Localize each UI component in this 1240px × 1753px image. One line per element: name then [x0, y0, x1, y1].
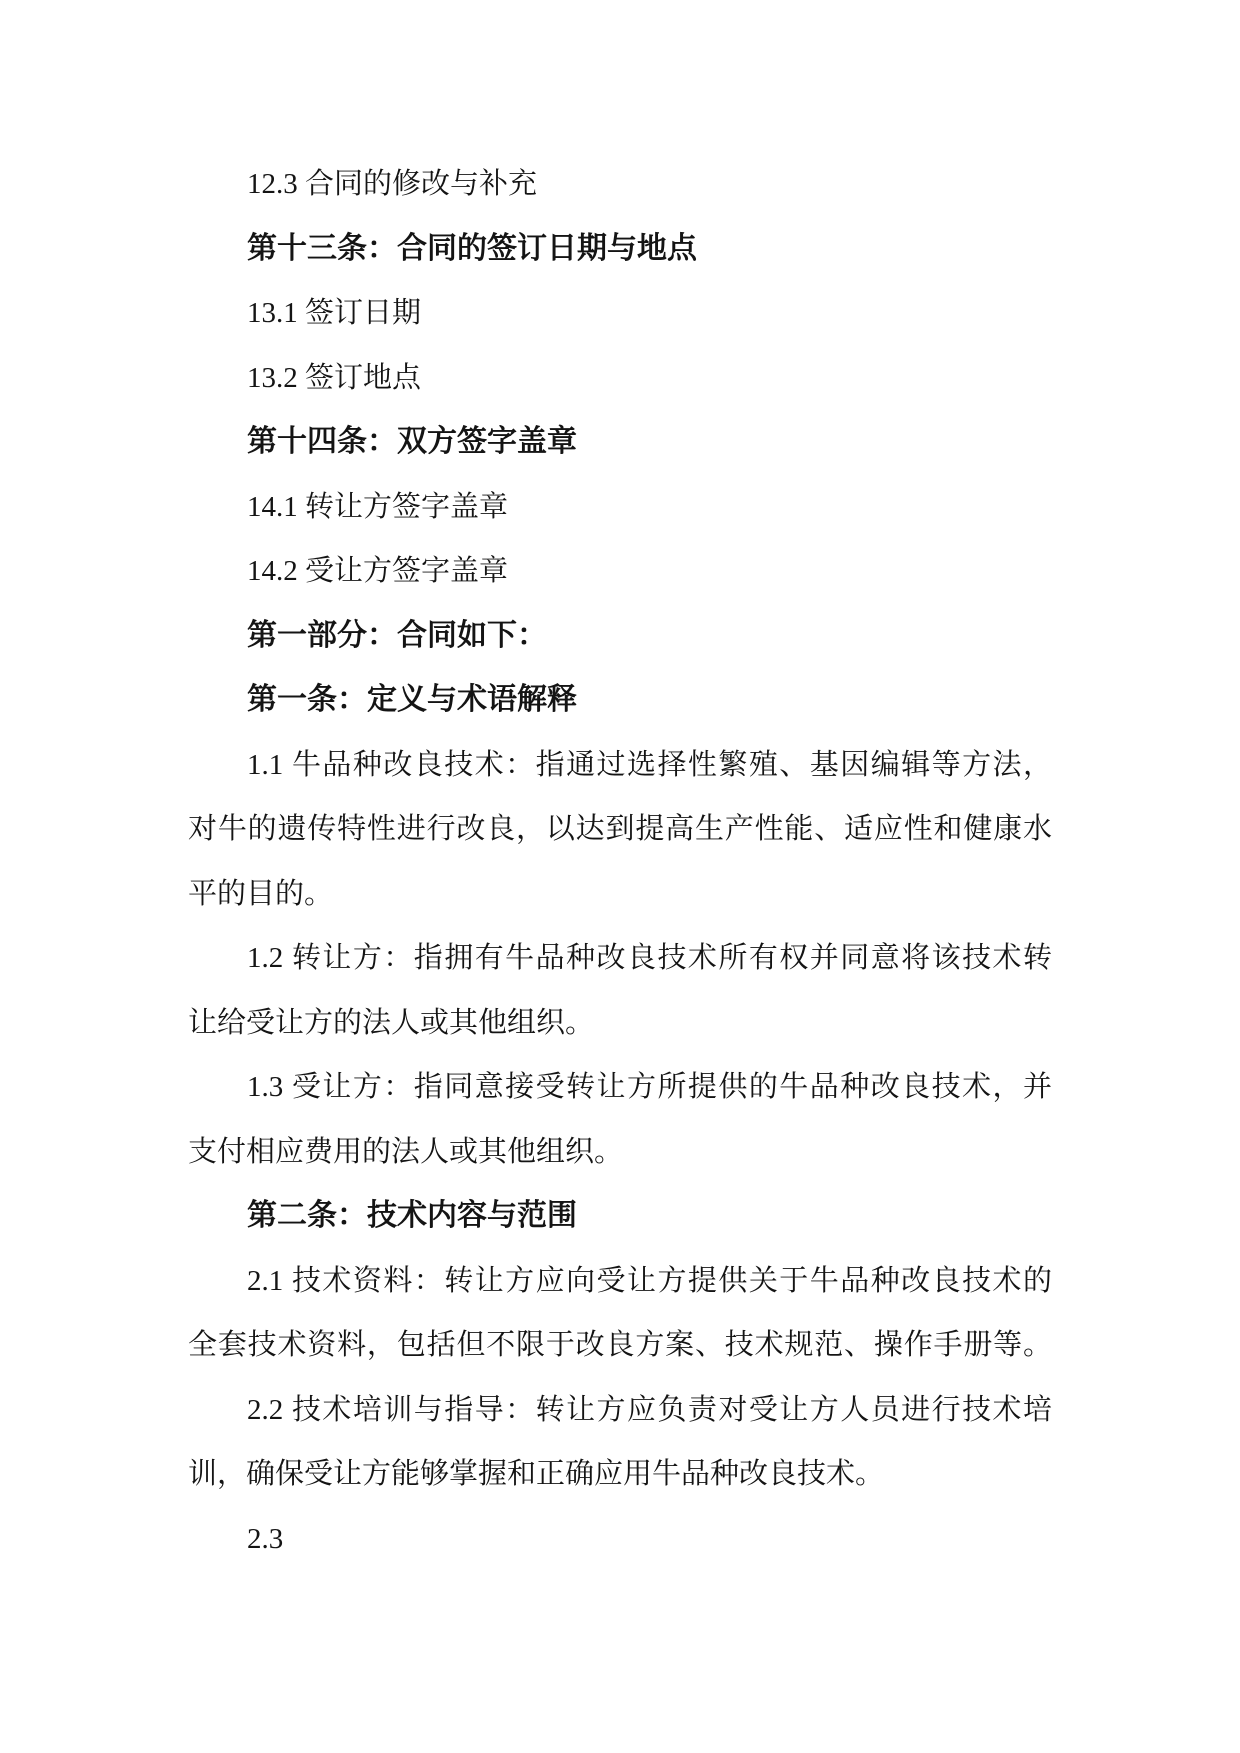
text-line: 14.2 受让方签字盖章: [188, 539, 1052, 604]
document-page: 12.3 合同的修改与补充第十三条：合同的签订日期与地点13.1 签订日期13.…: [0, 0, 1240, 1753]
text-line: 2.3: [188, 1507, 1052, 1572]
text-line: 第十四条：双方签字盖章: [188, 410, 1052, 475]
text-line: 第十三条：合同的签订日期与地点: [188, 217, 1052, 282]
text-line: 全套技术资料，包括但不限于改良方案、技术规范、操作手册等。: [188, 1313, 1052, 1378]
text-line: 第二条：技术内容与范围: [188, 1184, 1052, 1249]
text-line: 让给受让方的法人或其他组织。: [188, 991, 1052, 1056]
text-line: 2.1 技术资料：转让方应向受让方提供关于牛品种改良技术的: [188, 1249, 1052, 1314]
text-line: 支付相应费用的法人或其他组织。: [188, 1120, 1052, 1185]
text-line: 14.1 转让方签字盖章: [188, 475, 1052, 540]
text-line: 1.3 受让方：指同意接受转让方所提供的牛品种改良技术，并: [188, 1055, 1052, 1120]
text-line: 对牛的遗传特性进行改良，以达到提高生产性能、适应性和健康水: [188, 797, 1052, 862]
text-line: 1.2 转让方：指拥有牛品种改良技术所有权并同意将该技术转: [188, 926, 1052, 991]
text-line: 1.1 牛品种改良技术：指通过选择性繁殖、基因编辑等方法，: [188, 733, 1052, 798]
text-line: 13.1 签订日期: [188, 281, 1052, 346]
text-line: 12.3 合同的修改与补充: [188, 152, 1052, 217]
text-line: 平的目的。: [188, 862, 1052, 927]
text-line: 第一条：定义与术语解释: [188, 668, 1052, 733]
text-line: 2.2 技术培训与指导：转让方应负责对受让方人员进行技术培: [188, 1378, 1052, 1443]
text-line: 训，确保受让方能够掌握和正确应用牛品种改良技术。: [188, 1442, 1052, 1507]
document-body: 12.3 合同的修改与补充第十三条：合同的签订日期与地点13.1 签订日期13.…: [188, 152, 1052, 1571]
text-line: 第一部分：合同如下：: [188, 604, 1052, 669]
text-line: 13.2 签订地点: [188, 346, 1052, 411]
